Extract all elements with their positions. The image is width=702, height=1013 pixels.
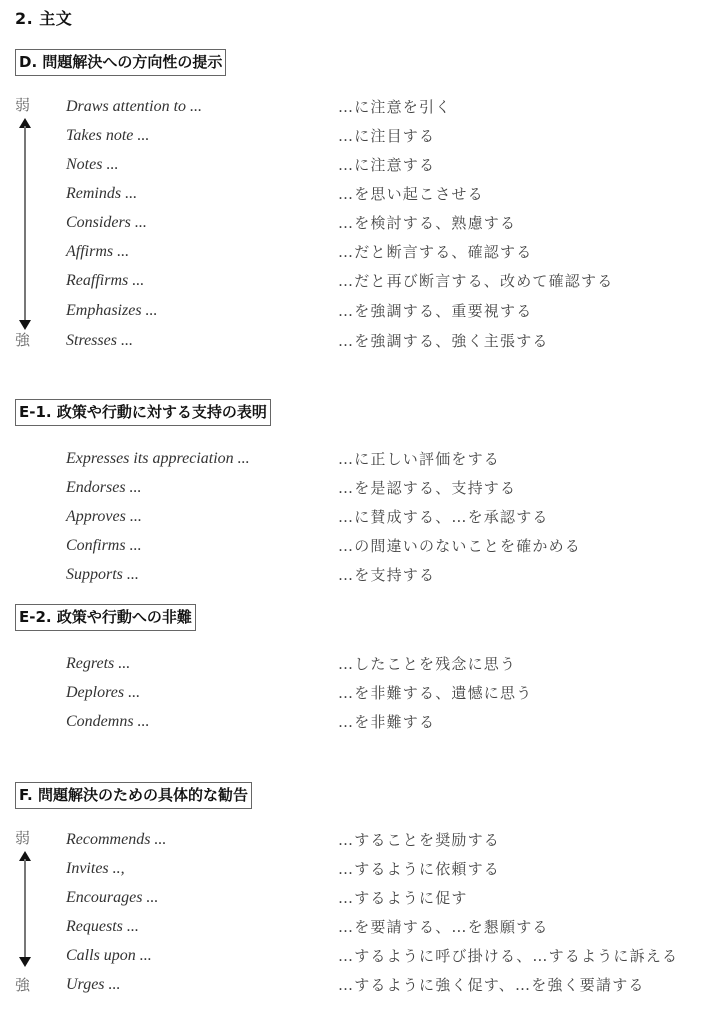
phrase-row: Reaffirms ... …だと再び断言する、改めて確認する [0,270,702,299]
english-phrase: Emphasizes ... [66,300,158,322]
japanese-meaning: …を要請する、…を懇願する [338,916,549,938]
english-phrase: Encourages ... [66,887,158,909]
section-heading-e2: E-2. 政策や行動への非難 [15,604,196,631]
section-heading-f: F. 問題解決のための具体的な勧告 [15,782,252,809]
japanese-meaning: …するように依頼する [338,858,500,880]
japanese-meaning: …を非難する [338,711,435,733]
english-phrase: Recommends ... [66,829,166,851]
english-phrase: Deplores ... [66,682,140,704]
english-phrase: Reminds ... [66,183,137,205]
phrase-row: Considers ... …を検討する、熟慮する [0,212,702,241]
japanese-meaning: …することを奨励する [338,829,500,851]
english-phrase: Supports ... [66,564,139,586]
phrase-row: Emphasizes ... …を強調する、重要視する [0,300,702,329]
japanese-meaning: …を強調する、重要視する [338,300,532,322]
phrase-row: Notes ... …に注意する [0,154,702,183]
japanese-meaning: …に賛成する、…を承認する [338,506,549,528]
english-phrase: Considers ... [66,212,147,234]
phrase-row: Confirms ... …の間違いのないことを確かめる [0,535,702,564]
phrase-row: Supports ... …を支持する [0,564,702,593]
japanese-meaning: …に注意を引く [338,96,451,118]
section-e1: E-1. 政策や行動に対する支持の表明 Expresses its apprec… [0,399,702,589]
japanese-meaning: …を検討する、熟慮する [338,212,516,234]
english-phrase: Affirms ... [66,241,129,263]
english-phrase: Takes note ... [66,125,149,147]
phrase-row: Condemns ... …を非難する [0,711,702,740]
english-phrase: Endorses ... [66,477,142,499]
section-heading-e1: E-1. 政策や行動に対する支持の表明 [15,399,271,426]
section-f: F. 問題解決のための具体的な勧告 弱 強 Recommends ... …する… [0,782,702,1007]
english-phrase: Stresses ... [66,330,133,352]
japanese-meaning: …に注目する [338,125,435,147]
english-phrase: Invites .., [66,858,125,880]
phrase-row: Deplores ... …を非難する、遺憾に思う [0,682,702,711]
phrase-row: Urges ... …するように強く促す、…を強く要請する [0,974,702,1003]
english-phrase: Reaffirms ... [66,270,144,292]
english-phrase: Approves ... [66,506,142,528]
english-phrase: Notes ... [66,154,118,176]
japanese-meaning: …するように促す [338,887,468,909]
japanese-meaning: …するように強く促す、…を強く要請する [338,974,645,996]
phrase-row: Endorses ... …を是認する、支持する [0,477,702,506]
english-phrase: Regrets ... [66,653,130,675]
japanese-meaning: …したことを残念に思う [338,653,516,675]
japanese-meaning: …を非難する、遺憾に思う [338,682,532,704]
japanese-meaning: …するように呼び掛ける、…するように訴える [338,945,678,967]
japanese-meaning: …の間違いのないことを確かめる [338,535,581,557]
japanese-meaning: …に注意する [338,154,435,176]
english-phrase: Condemns ... [66,711,150,733]
phrase-row: Affirms ... …だと断言する、確認する [0,241,702,270]
section-heading-d: D. 問題解決への方向性の提示 [15,49,226,76]
phrase-row: Requests ... …を要請する、…を懇願する [0,916,702,945]
english-phrase: Expresses its appreciation ... [66,448,250,470]
document-title: 2. 主文 [15,6,72,29]
phrase-row: Regrets ... …したことを残念に思う [0,653,702,682]
japanese-meaning: …を思い起こさせる [338,183,484,205]
phrase-row: Encourages ... …するように促す [0,887,702,916]
phrase-row: Draws attention to ... …に注意を引く [0,96,702,125]
english-phrase: Requests ... [66,916,139,938]
phrase-row: Stresses ... …を強調する、強く主張する [0,330,702,359]
english-phrase: Calls upon ... [66,945,152,967]
japanese-meaning: …を支持する [338,564,435,586]
section-e2: E-2. 政策や行動への非難 Regrets ... …したことを残念に思う D… [0,604,702,744]
english-phrase: Confirms ... [66,535,142,557]
english-phrase: Urges ... [66,974,121,996]
japanese-meaning: …を強調する、強く主張する [338,330,549,352]
phrase-row: Approves ... …に賛成する、…を承認する [0,506,702,535]
japanese-meaning: …だと断言する、確認する [338,241,532,263]
japanese-meaning: …を是認する、支持する [338,477,516,499]
japanese-meaning: …に正しい評価をする [338,448,500,470]
phrase-row: Recommends ... …することを奨励する [0,829,702,858]
english-phrase: Draws attention to ... [66,96,202,118]
phrase-row: Takes note ... …に注目する [0,125,702,154]
phrase-row: Reminds ... …を思い起こさせる [0,183,702,212]
phrase-row: Expresses its appreciation ... …に正しい評価をす… [0,448,702,477]
japanese-meaning: …だと再び断言する、改めて確認する [338,270,613,292]
phrase-row: Calls upon ... …するように呼び掛ける、…するように訴える [0,945,702,974]
phrase-row: Invites .., …するように依頼する [0,858,702,887]
section-d: D. 問題解決への方向性の提示 弱 強 Draws attention to .… [0,49,702,359]
